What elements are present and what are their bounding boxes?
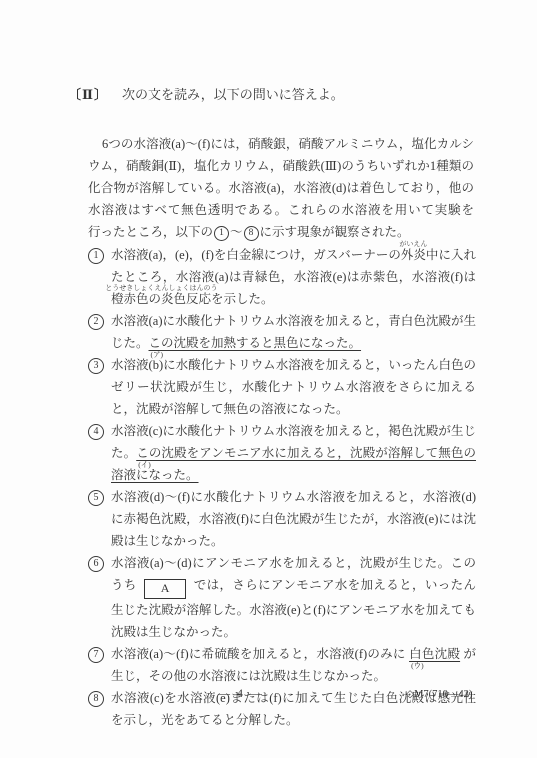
underline-mark-label: (ウ) [411,661,424,671]
text-run: を示した。 [211,292,274,306]
text-run: の [149,292,162,306]
item-text: 水溶液(a)～(d)にアンモニア水を加えると，沈殿が生じた。このうちAでは，さら… [111,556,476,639]
item-text: 水溶液(a)～(f)に希硫酸を加えると，水溶液(f)のみに 白色沈殿(ウ) が生… [111,647,476,683]
text-run: 水溶液(d)～(f)に水酸化ナトリウム水溶液を加えると，水溶液(d)に赤褐色沈殿… [111,490,476,548]
question-item: 6水溶液(a)～(d)にアンモニア水を加えると，沈殿が生じた。このうちAでは，さ… [88,552,476,643]
underlined-text: この沈殿をアンモニア水に加えると，沈殿が溶解して無色の溶液になった。(イ) [111,446,476,482]
section-title: 次の文を読み，以下の問いに答えよ。 [122,87,344,102]
text-run: に示す現象が観察された。 [260,225,410,239]
item-number: 7 [88,647,104,663]
underlined-text: 白色沈殿(ウ) [409,647,460,661]
underlined-text: この沈殿を加熱すると黒色になった。(ア) [149,336,362,350]
item-text: 水溶液(a)に水酸化ナトリウム水溶液を加えると，青白色沈殿が生じた。この沈殿を加… [111,314,476,350]
furigana: がいえん [399,240,427,248]
item-text: 水溶液(d)～(f)に水酸化ナトリウム水溶液を加えると，水溶液(d)に赤褐色沈殿… [111,490,476,548]
question-item: 5水溶液(d)～(f)に水酸化ナトリウム水溶液を加えると，水溶液(d)に赤褐色沈… [88,486,476,552]
question-item: 1水溶液(a)，(e)，(f)を白金線につけ，ガスバーナーのがいえん外炎中に入れ… [88,244,476,310]
intro-paragraph: 6つの水溶液(a)～(f)には，硝酸銀，硝酸アルミニウム，塩化カルシウム，硝酸銅… [88,133,474,243]
question-item: 4水溶液(c)に水酸化ナトリウム水溶液を加えると，褐色沈殿が生じた。この沈殿をア… [88,420,476,486]
text-run: 水溶液(a)，(e)，(f)を白金線につけ，ガスバーナーの [111,248,401,262]
answer-box: A [144,579,187,599]
question-item: 2水溶液(a)に水酸化ナトリウム水溶液を加えると，青白色沈殿が生じた。この沈殿を… [88,310,476,354]
circled-number: 8 [244,226,259,241]
item-text: 水溶液(b)に水酸化ナトリウム水溶液を加えると，いったん白色のゼリー状沈殿が生じ… [111,358,476,416]
ruby-text: えんしょくはんのう炎色反応 [161,292,211,306]
document-code: ◇M7(710—42) [406,688,472,700]
item-number: 1 [88,248,104,264]
furigana: とうせきしょく [105,284,154,292]
text-run: 6つの水溶液(a)～(f)には，硝酸銀，硝酸アルミニウム，塩化カルシウム，硝酸銅… [88,137,474,239]
ruby-text: がいえん外炎 [401,248,426,262]
text-run: 水溶液(b)に水酸化ナトリウム水溶液を加えると，いったん白色のゼリー状沈殿が生じ… [111,358,476,416]
exam-page: 〔Ⅱ〕次の文を読み，以下の問いに答えよ。 6つの水溶液(a)～(f)には，硝酸銀… [0,0,537,758]
item-number: 2 [88,314,104,330]
page-number: — 4 — [218,686,264,701]
item-number: 8 [88,691,104,707]
question-item: 7水溶液(a)～(f)に希硫酸を加えると，水溶液(f)のみに 白色沈殿(ウ) が… [88,643,476,687]
text-run: ～ [230,225,243,239]
question-items: 1水溶液(a)，(e)，(f)を白金線につけ，ガスバーナーのがいえん外炎中に入れ… [88,244,476,731]
item-number: 6 [88,556,104,572]
item-number: 4 [88,424,104,440]
section-label: 〔Ⅱ〕 [68,87,108,102]
section-header: 〔Ⅱ〕次の文を読み，以下の問いに答えよ。 [68,84,344,103]
ruby-text: とうせきしょく橙赤色 [111,292,149,306]
item-text: 水溶液(a)，(e)，(f)を白金線につけ，ガスバーナーのがいえん外炎中に入れた… [111,248,476,306]
underline-mark-label: (イ) [138,460,151,470]
question-item: 3水溶液(b)に水酸化ナトリウム水溶液を加えると，いったん白色のゼリー状沈殿が生… [88,354,476,420]
text-run: 水溶液(a)～(f)に希硫酸を加えると，水溶液(f)のみに [111,647,409,661]
item-number: 3 [88,358,104,374]
item-text: 水溶液(c)に水酸化ナトリウム水溶液を加えると，褐色沈殿が生じた。この沈殿をアン… [111,424,476,482]
item-number: 5 [88,490,104,506]
circled-number: 1 [214,226,229,241]
furigana: えんしょくはんのう [155,284,218,292]
